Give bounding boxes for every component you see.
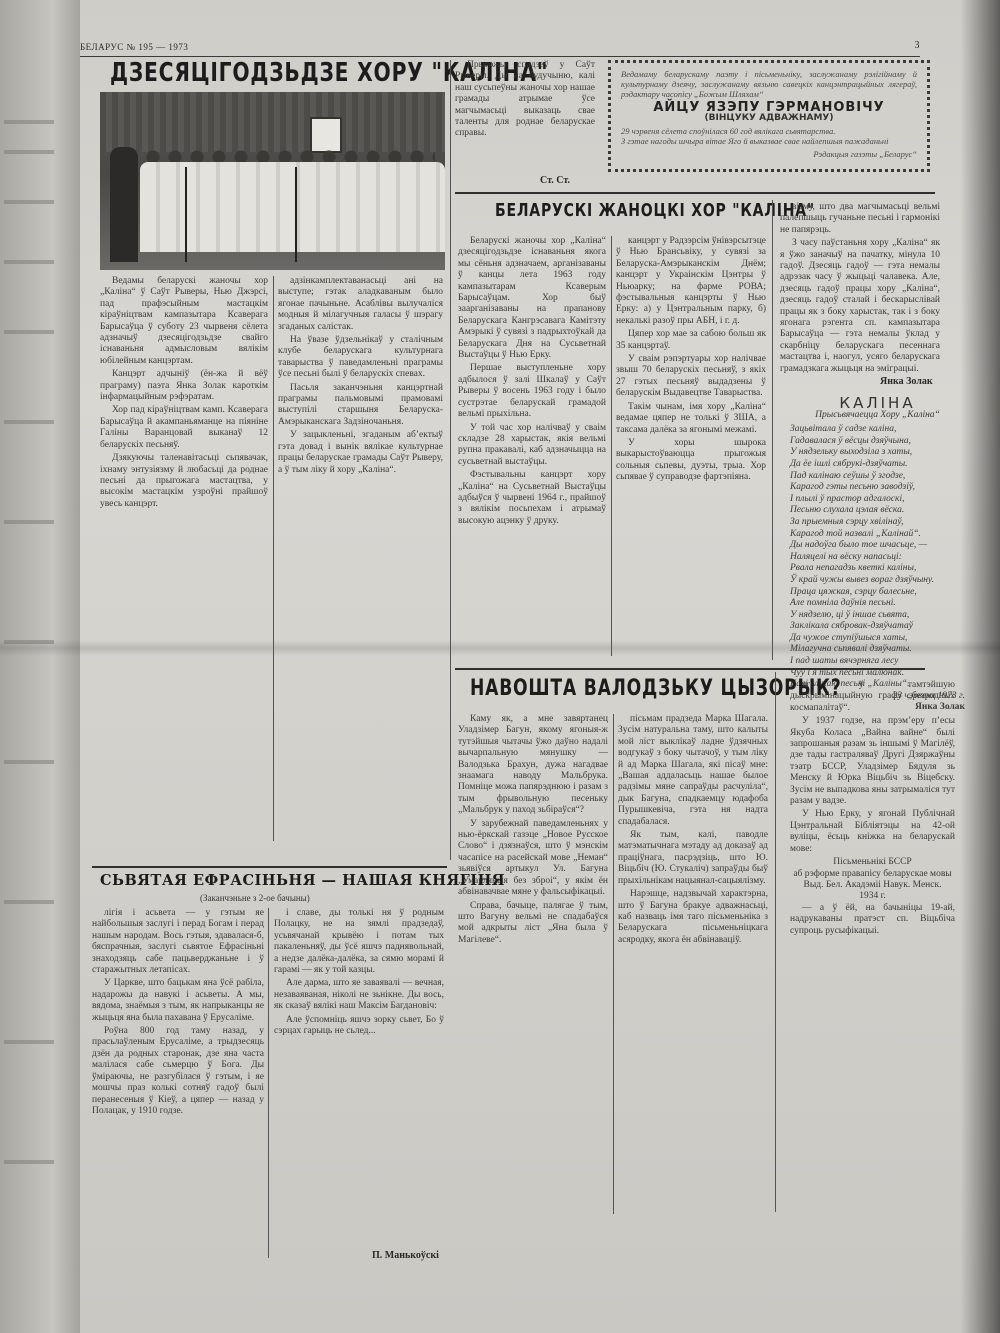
- adjacent-page-strip: [0, 0, 88, 1333]
- paragraph: Фэстывальны канцэрт хору „Каліна“ на Сус…: [458, 470, 606, 527]
- paragraph: Каму як, а мне завяртанец Уладзімер Багу…: [458, 714, 608, 817]
- poem-line: Гадавалася ў вёсцы дзяўчына,: [790, 436, 965, 448]
- poem-line: Але помніла даўнія песьні.: [790, 598, 965, 610]
- paragraph: Хор пад кіраўніцтвам камп. Ксаверага Бар…: [100, 405, 268, 451]
- poem-lines: Зацьвітала ў садзе каліна,Гадавалася ў в…: [790, 424, 965, 691]
- womens-choir-column-1: Беларускі жаночы хор „Каліна“ дзесяцігод…: [458, 236, 606, 656]
- paragraph: яго ў тамтэйшую дыскрымінацыйную графу „…: [790, 680, 955, 714]
- efrasinnia-column-2: і славе, ды толькі ня ў родным Полацку, …: [274, 908, 444, 1238]
- poem-kalina: КАЛІНА Прысьвячаецца Хору „Каліна“ Зацьв…: [790, 398, 965, 714]
- poem-line: Рвала непагадзь кветкі каліны,: [790, 563, 965, 575]
- poem-line: Наляцелі на вёску напасьці:: [790, 552, 965, 564]
- paragraph: З часу паўстаньня хору „Каліна“ як я ўжо…: [780, 238, 940, 374]
- column-divider: [611, 236, 612, 656]
- book-citation-publisher: Выд. Бел. Акадэміі Навук. Менск.: [790, 880, 955, 891]
- paragraph: У зацыкленьні, згаданым аб’ектыў гэта до…: [278, 430, 443, 476]
- poem-line: Ў край чужы вывез вораг дзяўчыну.: [790, 575, 965, 587]
- paragraph: візму, што два магчымасьці вельмі палепш…: [780, 202, 940, 236]
- headline-efrasinnia: СЬВЯТАЯ ЕФРАСІНЬНЯ — НАШАЯ КНЯГІНЯ: [100, 872, 505, 889]
- womens-choir-column-3: візму, што два магчымасьці вельмі палепш…: [780, 202, 940, 374]
- poem-dedication: Прысьвячаецца Хору „Каліна“: [790, 410, 965, 422]
- greeting-notice-box: Ведамаму беларускаму паэту і пісьменьнік…: [608, 60, 930, 172]
- paragraph: У хоры шырока выкарыстоўваюцца прыгожыя …: [616, 438, 766, 484]
- poem-line: Карагод той назвалі „Калінай“.: [790, 529, 965, 541]
- choir-photo: [100, 92, 445, 270]
- paragraph: Але дарма, што яе заваявалі — вечная, не…: [274, 978, 444, 1012]
- photo-microphone: [295, 167, 297, 262]
- paragraph: адзінкамплектаванасьці ані на выступе; г…: [278, 276, 443, 333]
- poem-line: Песьню слухала цэлая вёска.: [790, 505, 965, 517]
- efrasinnia-author: П. Манькоўскі: [372, 1250, 439, 1261]
- paragraph: Першае выступленьне хору адбылося ў залі…: [458, 363, 606, 420]
- notice-line-2: З гэтае нагоды шчыра вітае Яго й выказва…: [621, 136, 917, 146]
- womens-choir-author: Янка Золак: [880, 376, 933, 387]
- book-citation-subtitle: аб рэформе правапісу беларускае мовы: [790, 869, 955, 880]
- photo-edge-shadow: [960, 0, 1000, 1333]
- section-rule: [92, 866, 447, 868]
- poem-line: Пад калінаю сеўшы ў згодзе,: [790, 471, 965, 483]
- paragraph: Як тым, калі, паводле матэматычнага мэта…: [618, 830, 768, 887]
- poem-title: КАЛІНА: [790, 398, 965, 410]
- paragraph: Нарэшце, надзвычай характэрна, што ў Баг…: [618, 889, 768, 946]
- editorial-note-signature: Ст. Ст.: [540, 175, 570, 186]
- poem-line: У нядзельку выходзіла з хаты,: [790, 447, 965, 459]
- efrasinnia-column-1: лігія і асьвета — у гэтым яе найбольшыя …: [92, 908, 264, 1258]
- issue-line: БЕЛАРУС № 195 — 1973: [80, 42, 188, 52]
- paragraph: Ведамы беларускі жаночы хор „Каліна“ ў С…: [100, 276, 268, 367]
- book-citation-title: Пісьменьнікі БССР: [790, 857, 955, 868]
- paragraph: — а ў ёй, на бачыніцы 19-ай, надрукаваны…: [790, 903, 955, 937]
- poem-line: Заклікала сябровак-дзяўчатаў: [790, 621, 965, 633]
- poem-line: І плылі ў прастор адгалоскі,: [790, 494, 965, 506]
- paragraph: У Нью Ерку, у ягонай Публічнай Цэнтральн…: [790, 809, 955, 855]
- column-divider: [450, 60, 451, 860]
- paragraph: Беларускі жаночы хор „Каліна“ дзесяцігод…: [458, 236, 606, 361]
- column-divider: [772, 200, 773, 660]
- headline-womens-choir: БЕЛАРУСКІ ЖАНОЦКІ ХОР "КАЛІНА": [495, 200, 815, 221]
- paragraph: Але ўспомніць яшчэ зорку сьвет, Бо ў сэр…: [274, 1015, 444, 1038]
- paragraph: Пасьля заканчэньня канцэртнай праграмы п…: [278, 383, 443, 429]
- anniversary-column-2: адзінкамплектаванасьці ані на выступе; г…: [278, 276, 443, 841]
- paragraph: Канцэрт адчыніў (ён-жа й вёў праграму) п…: [100, 369, 268, 403]
- notice-line-1: 29 чэрвеня сёлета споўнілася 60 год вялі…: [621, 126, 917, 136]
- paragraph: Справа, бачыце, палягае ў тым, што Вагун…: [458, 901, 608, 947]
- paragraph: канцэрт у Радзэрсім ўнівэрсытэце ў Нью Б…: [616, 236, 766, 327]
- editorial-note-text: Прыгожы спадзеў у Саўт Рыверы. Ды на буд…: [455, 60, 595, 140]
- column-divider: [273, 276, 274, 841]
- anniversary-column-1: Ведамы беларускі жаночы хор „Каліна“ ў С…: [100, 276, 268, 841]
- poem-line: Ды надоўга было тое шчасьце, —: [790, 540, 965, 552]
- section-rule: [455, 192, 935, 194]
- paragraph: Такім чынам, імя хору „Каліна“ ведамае ц…: [616, 402, 766, 436]
- womens-choir-column-2: канцэрт у Радзэрсім ўнівэрсытэце ў Нью Б…: [616, 236, 766, 656]
- paragraph: Цяпер хор мае за сабою больш як 35 канцэ…: [616, 329, 766, 352]
- paragraph: і славе, ды толькі ня ў родным Полацку, …: [274, 908, 444, 976]
- poem-line: Зацьвітала ў садзе каліна,: [790, 424, 965, 436]
- tsyzorik-column-3: яго ў тамтэйшую дыскрымінацыйную графу „…: [790, 680, 955, 1200]
- paragraph: На ўвазе ўдзельнікаў у сталічным клубе б…: [278, 335, 443, 381]
- continuation-note: (Заканчэньне з 2-ое бачыны): [200, 893, 310, 903]
- poem-line: За прыемныя сэрцу хвілінаў,: [790, 517, 965, 529]
- photo-microphone: [185, 167, 187, 262]
- section-rule: [455, 668, 925, 670]
- photo-curtain: [100, 92, 445, 152]
- poem-line: У нядзелю, ці ў іншае сьвята,: [790, 610, 965, 622]
- poem-line: Мілагучна сьпявалі дзяўчаты.: [790, 644, 965, 656]
- column-divider: [775, 672, 776, 1212]
- paragraph: Дзякуючы таленавітасьці сьпявачак, іхнам…: [100, 453, 268, 510]
- notice-intro: Ведамаму беларускаму паэту і пісьменьнік…: [621, 69, 917, 99]
- book-citation-year: 1934 г.: [790, 891, 955, 902]
- tsyzorik-column-2: пісьмам прадзеда Марка Шагала. Зусім нат…: [618, 714, 768, 1214]
- paragraph: У Царкве, што бацькам яна ўсё рабіла, на…: [92, 978, 264, 1024]
- paragraph: пісьмам прадзеда Марка Шагала. Зусім нат…: [618, 714, 768, 828]
- headline-tsyzorik: НАВОШТА ВАЛОДЗЬКУ ЦЫЗОРЫК?: [470, 676, 842, 701]
- tsyzorik-column-1: Каму як, а мне завяртанец Уладзімер Багу…: [458, 714, 608, 1214]
- poem-line: Праца цяжкая, сэрцу балесьне,: [790, 587, 965, 599]
- poem-line: Карагод гэты песьню заводзіў,: [790, 482, 965, 494]
- poem-line: Да ёе ішлі сябрукі-дзяўчаты.: [790, 459, 965, 471]
- paragraph: Роўна 800 год таму назад, у прасьлаўлены…: [92, 1026, 264, 1117]
- column-divider: [268, 908, 269, 1258]
- paragraph: У сваім рэпэртуары хор налічвае звыш 70 …: [616, 354, 766, 400]
- poem-line: І пад шаты вячэрняга лесу: [790, 656, 965, 668]
- notice-signature: Рэдакцыя газэты „Беларус“: [621, 149, 917, 159]
- masthead: БЕЛАРУС № 195 — 1973 3: [80, 40, 920, 57]
- paragraph: лігія і асьвета — у гэтым яе найбольшыя …: [92, 908, 264, 976]
- paragraph: У 1937 годзе, на прэм’еру п’есы Якуба Ко…: [790, 716, 955, 807]
- poem-line: Да чужое ступіўшыся хаты,: [790, 633, 965, 645]
- column-divider: [613, 714, 614, 1214]
- notice-honoree-name: АЙЦУ ЯЗЭПУ ГЭРМАНОВІЧУ: [621, 103, 917, 113]
- photo-conductor: [110, 147, 138, 262]
- editorial-note: Прыгожы спадзеў у Саўт Рыверы. Ды на буд…: [455, 60, 595, 170]
- page-number: 3: [915, 40, 921, 51]
- paragraph: У той час хор налічваў у сваім складзе 2…: [458, 423, 606, 469]
